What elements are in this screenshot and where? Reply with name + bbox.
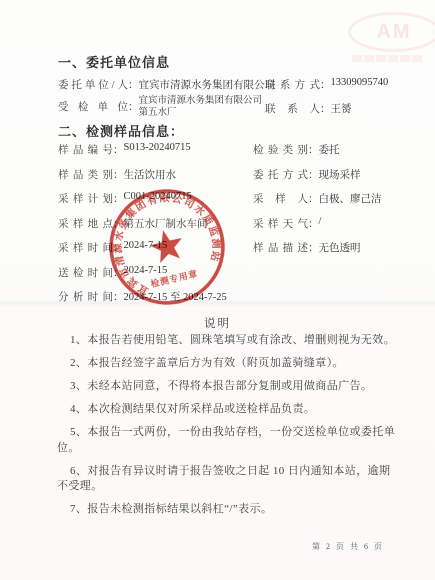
field-client-label: 委托单位/人 <box>58 77 128 92</box>
colon: ： <box>320 101 331 116</box>
field-sampling-time: 采样时间：2024-7-15 <box>58 240 227 255</box>
field-label: 采样时间 <box>58 240 113 255</box>
field-label: 样品描述 <box>253 240 308 255</box>
field-label: 样品类别 <box>58 167 113 182</box>
page-number: 第 2 页 共 6 页 <box>312 541 384 552</box>
am-watermark-text: AM <box>376 21 411 44</box>
field-client: 委托单位/人：宜宾市清源水务集团有限公司 <box>58 77 275 92</box>
field-sampling-plan: 采样计划：C001-20240715 <box>58 191 227 206</box>
colon: ： <box>113 216 124 231</box>
colon: ： <box>113 142 124 157</box>
note-item-4: 4、本次检测结果仅对所采样品或送检样品负责。 <box>57 402 397 418</box>
field-value: 第五水厂制水车间 <box>124 216 208 231</box>
field-label: 检验类别 <box>253 142 308 157</box>
field-person-label: 联系人 <box>265 101 320 116</box>
section1-title: 一、委托单位信息 <box>58 52 170 71</box>
field-value: 白极、廖己洁 <box>319 191 382 206</box>
field-value: 委托 <box>319 142 340 157</box>
field-value: 2024-7-15 <box>124 240 168 255</box>
field-commission-mode: 委托方式：现场采样 <box>253 167 382 182</box>
field-label: 采样人 <box>253 191 308 206</box>
field-inspected-value: 宜宾市清源水务集团有限公司 第五水厂 <box>139 96 263 119</box>
field-value: 现场采样 <box>319 167 361 182</box>
field-sampling-site: 采样地点：第五水厂制水车间 <box>58 216 227 231</box>
sample-info-left-column: 样品编号：S013-20240715 样品类别：生活饮用水 采样计划：C001-… <box>58 142 227 304</box>
field-samplers: 采样人：白极、廖己洁 <box>253 191 382 206</box>
field-value: S013-20240715 <box>124 142 191 157</box>
scanned-report-page: AM 一、委托单位信息 委托单位/人：宜宾市清源水务集团有限公司 联系方式：13… <box>0 0 435 580</box>
field-weather: 采样天气：/ <box>253 216 382 231</box>
colon: ： <box>113 167 124 182</box>
colon: ： <box>308 167 319 182</box>
field-phone-label: 联系方式 <box>265 77 320 92</box>
field-value: 无色透明 <box>319 240 361 255</box>
colon: ： <box>113 191 124 206</box>
field-contact-person: 联系人：王赟 <box>265 101 352 116</box>
note-item-2: 2、本报告经签字盖章后方为有效（附页加盖骑缝章）。 <box>57 356 397 372</box>
field-inspected-label: 受检单位 <box>58 99 128 114</box>
field-label: 委托方式 <box>253 167 308 182</box>
field-label: 采样天气 <box>253 216 308 231</box>
colon: ： <box>308 142 319 157</box>
note-item-6: 6、对报告有异议时请于报告签收之日起 10 日内通知本站，逾期不受理。 <box>57 464 397 495</box>
sample-info-right-column: 检验类别：委托 委托方式：现场采样 采样人：白极、廖己洁 采样天气：/ 样品描述… <box>253 142 382 255</box>
field-delivery-time: 送检时间：2024-7-15 <box>58 265 227 280</box>
field-label: 采样计划 <box>58 191 113 206</box>
field-value: C001-20240715 <box>124 191 192 206</box>
field-value: 生活饮用水 <box>124 167 177 182</box>
field-phone-value: 13309095740 <box>331 77 389 88</box>
colon: ： <box>308 191 319 206</box>
colon: ： <box>320 77 331 92</box>
colon: ： <box>128 77 139 92</box>
field-label: 送检时间 <box>58 265 113 280</box>
field-inspected-value-line2: 第五水厂 <box>139 108 263 120</box>
am-watermark-oval: AM <box>348 12 435 52</box>
am-watermark: AM <box>348 12 435 64</box>
colon: ： <box>128 99 139 114</box>
note-item-3: 3、未经本站同意，不得将本报告部分复制或用做商品广告。 <box>57 379 397 395</box>
field-value: 2024-7-15 <box>124 265 168 280</box>
field-label: 样品编号 <box>58 142 113 157</box>
field-inspected-value-line1: 宜宾市清源水务集团有限公司 <box>139 96 263 108</box>
scan-fold-line <box>0 299 435 307</box>
field-client-value: 宜宾市清源水务集团有限公司 <box>139 77 276 92</box>
field-sample-type: 样品类别：生活饮用水 <box>58 167 227 182</box>
colon: ： <box>113 265 124 280</box>
colon: ： <box>308 216 319 231</box>
field-sample-no: 样品编号：S013-20240715 <box>58 142 227 157</box>
field-phone: 联系方式：13309095740 <box>265 77 388 92</box>
field-sample-description: 样品描述：无色透明 <box>253 240 382 255</box>
field-value: / <box>319 216 322 231</box>
colon: ： <box>113 240 124 255</box>
section2-title: 二、检测样品信息： <box>58 121 184 140</box>
note-item-7: 7、报告未检测指标结果以斜杠“/”表示。 <box>57 502 397 518</box>
notes-title: 说明 <box>0 315 435 331</box>
field-label: 采样地点 <box>58 216 113 231</box>
note-item-5: 5、本报告一式两份，一份由我站存档，一份交送检单位或委托单位。 <box>57 425 397 456</box>
field-inspected-unit: 受检单位： 宜宾市清源水务集团有限公司 第五水厂 <box>58 96 262 119</box>
field-inspection-category: 检验类别：委托 <box>253 142 382 157</box>
colon: ： <box>308 240 319 255</box>
field-person-value: 王赟 <box>331 101 352 116</box>
note-item-1: 1、本报告若使用铅笔、圆珠笔填写或有涂改、增删则视为无效。 <box>57 333 397 349</box>
am-watermark-subtext <box>352 55 435 62</box>
notes-list: 1、本报告若使用铅笔、圆珠笔填写或有涂改、增删则视为无效。 2、本报告经签字盖章… <box>57 333 397 525</box>
